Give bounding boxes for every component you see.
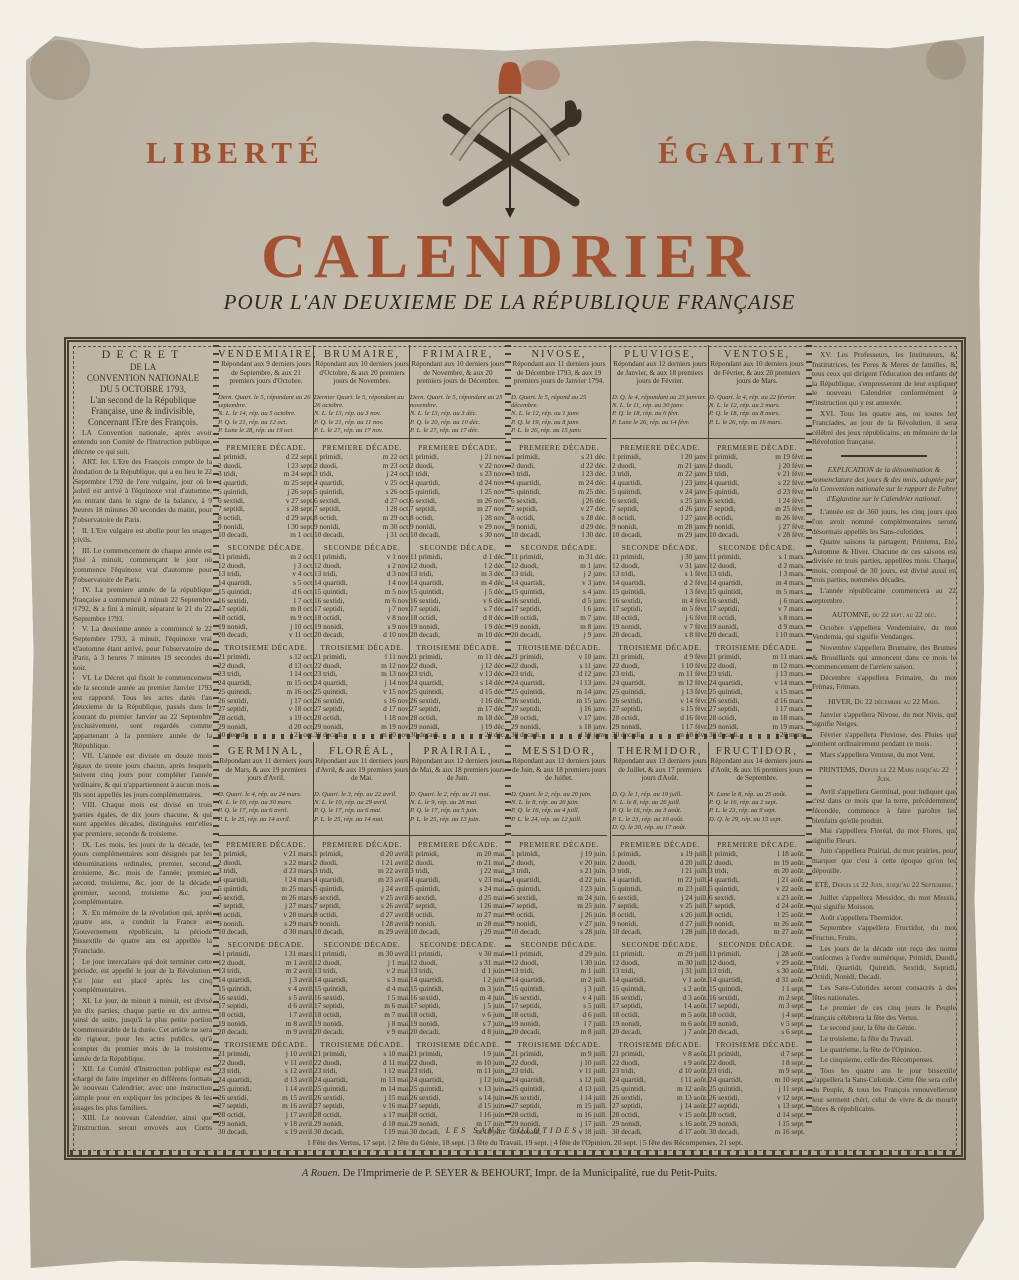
season-paragraph: Le premier de ces cinq jours le Peuple f… xyxy=(812,1003,956,1022)
month-ventose: VENTOSE,Répondant aux 10 derniers jours … xyxy=(709,347,805,740)
republican-day: 10 decadi, xyxy=(612,531,642,540)
decree-article: Le jour intercalaire qui doit terminer c… xyxy=(74,957,212,995)
decade-label: PREMIERE DÉCADE. xyxy=(511,840,607,849)
day-row: 10 decadi,j 29 mai. xyxy=(410,928,506,937)
day-row: 20 decadi,s 8 févr. xyxy=(612,631,708,640)
moon-phase: P. Q. le 16, rép. au 2 sept. xyxy=(709,799,805,807)
republican-day: 20 decadi, xyxy=(511,1028,541,1037)
gregorian-date: m 18 févr. xyxy=(678,731,708,740)
season-heading: PRINTEMS, Depuis le 22 Mars jusqu'au 22 … xyxy=(812,765,956,784)
day-row: 10 decadi,v 28 févr. xyxy=(709,531,805,540)
decade-label: TROISIEME DÉCADE. xyxy=(314,643,410,652)
season-heading: AUTOMNE, du 22 sept. au 22 déc. xyxy=(812,610,956,620)
season-paragraph: Septembre s'appellera Fructidor, du mot … xyxy=(812,923,956,942)
moon-phase: D. Quart. le 5, répond au 25 décembre. xyxy=(511,394,607,410)
moon-phase: P. L. le 24, rép. au 12 juill. xyxy=(511,816,607,824)
season-paragraph: Les jours de la décade ont reçu des noms… xyxy=(812,944,956,982)
explanation-column: XV. Les Professeurs, les Instituteurs, &… xyxy=(812,350,956,1130)
season-paragraph: Avril s'appellera Germinal, pour indique… xyxy=(812,787,956,825)
month-correspondence: Répondant aux 11 derniers jours de Décem… xyxy=(511,360,607,394)
gregorian-date: j 20 mars. xyxy=(776,731,805,740)
gregorian-date: m 1 oct. xyxy=(290,531,314,540)
decade-label: TROISIEME DÉCADE. xyxy=(410,1040,506,1049)
decree-subheading: DE LA xyxy=(74,362,212,373)
gregorian-date: d 10 nov. xyxy=(383,631,410,640)
republican-day: 20 decadi, xyxy=(218,631,248,640)
moon-phases: D. Quart. le 2, rép. au 21 mai.N. L. le … xyxy=(410,791,506,836)
month-thermidor: THERMIDOR,Répondant aux 13 derniers jour… xyxy=(612,744,708,1137)
column-rule xyxy=(610,345,611,730)
decade-label: PREMIERE DÉCADE. xyxy=(314,443,410,452)
chain-divider xyxy=(806,345,812,1125)
moon-phase: D. Quart. le 4, rép. au 24 mars. xyxy=(218,791,314,799)
decade-label: SECONDE DÉCADE. xyxy=(612,543,708,552)
moon-phase: P. Q. le 19, rép. au 8 janv. xyxy=(511,419,607,427)
decade-label: SECONDE DÉCADE. xyxy=(410,543,506,552)
moon-phase: D. Quart. le 2, rép. au 21 mai. xyxy=(410,791,506,799)
moon-phase: N. L. le 8, rép. au 26 juill. xyxy=(612,799,708,807)
month-correspondence: Répondant aux 11 derniers jours d'Avril,… xyxy=(314,757,410,791)
day-row: 30 decadi,v 20 déc. xyxy=(410,731,506,740)
decree-article: ART. Ier. L'Ere des François compte de l… xyxy=(74,457,212,524)
season-paragraph: Décembre s'appellera Frimaire, du mot Fr… xyxy=(812,673,956,692)
decree-article: V. La deuxieme année a commencé le 22 Se… xyxy=(74,624,212,672)
republican-day: 30 decadi, xyxy=(709,731,739,740)
decade-label: PREMIERE DÉCADE. xyxy=(709,443,805,452)
day-row: 20 decadi,m 10 déc. xyxy=(410,631,506,640)
moon-phase: D. Q. le 4, répondant au 23 janvier. xyxy=(612,394,708,402)
day-row: 10 decadi,m 27 août. xyxy=(709,928,805,937)
moon-phases: D. Quart. le 5, répond au 25 décembre.N.… xyxy=(511,394,607,439)
moon-phase: P. L. le 27, rép. au 17 nov. xyxy=(314,427,410,435)
season-paragraph: Le cinquieme, celle des Récompenses. xyxy=(812,1055,956,1065)
season-paragraph: Mars s'appellera Ventose, du mot Vent. xyxy=(812,750,956,760)
month-fructidor: FRUCTIDOR,Répondant aux 14 derniers jour… xyxy=(709,744,805,1137)
season-paragraph: Octobre s'appellera Vendemiaire, du mot … xyxy=(812,623,956,642)
moon-phases: Dern. Quart. le 5, répondant au 26 septe… xyxy=(218,394,314,439)
decade-label: PREMIERE DÉCADE. xyxy=(218,840,314,849)
day-row: 10 decadi,l 28 juill. xyxy=(612,928,708,937)
imprint-text: De l'Imprimerie de P. SEYER & BEHOURT, I… xyxy=(343,1168,717,1179)
gregorian-date: l 30 déc. xyxy=(582,531,607,540)
explanation-paragraph: L'année est de 360 jours, les cinq jours… xyxy=(812,507,956,536)
season-paragraph: Janvier s'appellera Nivose, du mot Nivis… xyxy=(812,710,956,729)
day-row: 10 decadi,j 31 oct. xyxy=(314,531,410,540)
decree-article: III. Le commencement de chaque année est… xyxy=(74,546,212,584)
moon-phase: P. Lune le 26, rép. au 14 févr. xyxy=(612,419,708,427)
moon-phase: P. Q. le 18, rép. au 6 févr. xyxy=(612,410,708,418)
season-paragraph: Le troisieme, la fête du Travail. xyxy=(812,1034,956,1044)
decade-label: PREMIERE DÉCADE. xyxy=(511,443,607,452)
decree-article: LA Convention nationale, après avoir ent… xyxy=(74,428,212,457)
moon-phase: N. L. le 10, rép. au 29 avril. xyxy=(314,799,410,807)
moon-phase: P. L. le 26, rép. au 16 mars. xyxy=(709,419,805,427)
decade-label: SECONDE DÉCADE. xyxy=(218,940,314,949)
moon-phases: D. Quart. le 4, rép. au 22 février.N. L.… xyxy=(709,394,805,439)
season-heading: HIVER, Du 22 décembre au 22 Mars. xyxy=(812,697,956,707)
decade-label: TROISIEME DÉCADE. xyxy=(709,643,805,652)
gregorian-date: m 29 janv. xyxy=(677,531,708,540)
day-row: 10 decadi,m 29 avril. xyxy=(314,928,410,937)
moon-phase: P. L. le 23, rép. au 10 août. xyxy=(612,816,708,824)
moon-phase: P. Q. le 21, rép. au 12 oct. xyxy=(218,419,314,427)
republican-day: 20 decadi, xyxy=(314,631,344,640)
day-row: 10 decadi,s 30 nov. xyxy=(410,531,506,540)
stain xyxy=(926,40,966,80)
page-subtitle: POUR L'AN DEUXIEME DE LA RÉPUBLIQUE FRAN… xyxy=(0,290,1019,315)
moon-phase: P. L. le 25, rép. au 14 avril. xyxy=(218,816,314,824)
decree-heading: DÉCRET xyxy=(74,350,212,360)
decade-label: SECONDE DÉCADE. xyxy=(709,940,805,949)
republican-day: 10 decadi, xyxy=(314,928,344,937)
gregorian-date: s 30 nov. xyxy=(480,531,506,540)
decree-article: XV. Les Professeurs, les Instituteurs, &… xyxy=(812,350,956,408)
gregorian-date: m 10 déc. xyxy=(477,631,506,640)
decade-label: PREMIERE DÉCADE. xyxy=(612,840,708,849)
column-rule xyxy=(610,742,611,1120)
decree-column: DÉCRET DE LACONVENTION NATIONALEDU 5 OCT… xyxy=(74,350,212,1130)
gregorian-date: j 31 oct. xyxy=(386,531,410,540)
month-correspondence: Répondant aux 12 derniers jours de Mai, … xyxy=(410,757,506,791)
day-row: 20 decadi,m 8 juill. xyxy=(511,1028,607,1037)
moon-phases: D. Quart. le 2, rép. au 20 juin.N. L. le… xyxy=(511,791,607,836)
moon-phase: D. Q. le 29, rép. au 15 sept. xyxy=(709,816,805,824)
gregorian-date: s 28 juin. xyxy=(580,928,607,937)
republican-day: 20 decadi, xyxy=(612,631,642,640)
moon-phases: Dern. Quart. le 5, répondant au 25 novem… xyxy=(410,394,506,439)
decade-label: TROISIEME DÉCADE. xyxy=(709,1040,805,1049)
day-row: 30 decadi,j 20 mars. xyxy=(709,731,805,740)
day-row: 20 decadi,d 8 juin. xyxy=(410,1028,506,1037)
republican-day: 30 decadi, xyxy=(410,731,440,740)
republican-day: 10 decadi, xyxy=(612,928,642,937)
day-row: 10 decadi,m 29 janv. xyxy=(612,531,708,540)
season-paragraph: Février s'appellera Pluviose, des Pluies… xyxy=(812,730,956,749)
moon-phase: P. Q. le 17, rép. au 6 mai. xyxy=(314,807,410,815)
month-prairial: PRAIRIAL,Répondant aux 12 derniers jours… xyxy=(410,744,506,1137)
month-name: FRIMAIRE, xyxy=(410,349,506,360)
decade-label: SECONDE DÉCADE. xyxy=(511,940,607,949)
republican-day: 10 decadi, xyxy=(511,531,541,540)
day-row: 20 decadi,j 9 janv. xyxy=(511,631,607,640)
decree-article: II. L'Ere vulgaire est abolie pour les u… xyxy=(74,526,212,545)
gregorian-date: v 11 oct. xyxy=(289,631,314,640)
decade-label: PREMIERE DÉCADE. xyxy=(218,443,314,452)
republican-day: 10 decadi, xyxy=(410,531,440,540)
month-nivose: NIVOSE,Répondant aux 11 derniers jours d… xyxy=(511,347,607,740)
republican-day: 30 decadi, xyxy=(511,731,541,740)
decade-label: SECONDE DÉCADE. xyxy=(709,543,805,552)
decree-article: XIII. Le nouveau Calendrier, ainsi que l… xyxy=(74,1113,212,1130)
explication-title: EXPLICATION de la dénomination & nomencl… xyxy=(812,465,956,503)
month-name: THERMIDOR, xyxy=(612,746,708,757)
republican-day: 30 decadi, xyxy=(612,731,642,740)
explanation-paragraph: Quatre saisons la partagent; Printems, E… xyxy=(812,537,956,585)
stain xyxy=(30,40,90,100)
decree-article: VI. Le Décret qui fixoit le commencement… xyxy=(74,673,212,750)
decade-label: TROISIEME DÉCADE. xyxy=(218,1040,314,1049)
season-heading: ETÉ, Depuis le 22 Juin, jusqu'au 22 Sept… xyxy=(812,880,956,890)
gregorian-date: d 19 janv. xyxy=(578,731,607,740)
moon-phase: P. Q. le 16, rép. au 4 juill. xyxy=(511,807,607,815)
decree-subheading: DU 5 OCTOBRE 1793, xyxy=(74,384,212,395)
moon-phase: P. Q. le 18, rép. au 8 mars. xyxy=(709,410,805,418)
gregorian-date: j 29 mai. xyxy=(480,928,506,937)
month-name: PLUVIOSE, xyxy=(612,349,708,360)
season-paragraph: Juin s'appellera Prairial, du mot prairi… xyxy=(812,846,956,875)
decree-subheading: CONVENTION NATIONALE xyxy=(74,373,212,384)
republican-day: 10 decadi, xyxy=(314,531,344,540)
republican-day: 20 decadi, xyxy=(709,631,739,640)
sans-culotides-title: LES SANS-CULOTIDES. xyxy=(230,1126,800,1135)
moon-phase: N. L. le 13, rép. au 3 nov. xyxy=(314,410,410,418)
republican-day: 20 decadi, xyxy=(612,1028,642,1037)
month-name: BRUMAIRE, xyxy=(314,349,410,360)
decree-article: XI. Le jour, de minuit à minuit, est div… xyxy=(74,996,212,1063)
republican-emblem-icon xyxy=(425,62,595,222)
decade-label: TROISIEME DÉCADE. xyxy=(218,643,314,652)
moon-phase: D. Quart. le 2, rép. au 20 juin. xyxy=(511,791,607,799)
month-pluviose: PLUVIOSE,Répondant aux 12 derniers jours… xyxy=(612,347,708,740)
republican-day: 20 decadi, xyxy=(218,1028,248,1037)
moon-phase: Dernier Quart. le 5, répondant au 26 oct… xyxy=(314,394,410,410)
imprint-city: A Rouen. xyxy=(302,1168,340,1179)
day-row: 10 decadi,l 30 déc. xyxy=(511,531,607,540)
day-row: 20 decadi,j 7 août. xyxy=(612,1028,708,1037)
moon-phase: P. L. le 23, rép. au 9 sept. xyxy=(709,807,805,815)
republican-day: 20 decadi, xyxy=(314,1028,344,1037)
moon-phase: Dern. Quart. le 5, répondant au 25 novem… xyxy=(410,394,506,410)
moon-phase: N. L. le 11, rép. au 30 janv. xyxy=(612,402,708,410)
moon-phases: D. Quart. le 3, rép. au 22 avril.N. L. l… xyxy=(314,791,410,836)
gregorian-date: m 29 avril. xyxy=(378,928,410,937)
moon-phase: N. L. le 12, rép. au 1 janv. xyxy=(511,410,607,418)
page-title: CALENDRIER xyxy=(0,222,1019,293)
decade-label: SECONDE DÉCADE. xyxy=(612,940,708,949)
moon-phase: P. Q. le 16, rép. au 3 août. xyxy=(612,807,708,815)
month-germinal: GERMINAL,Répondant aux 11 derniers jours… xyxy=(218,744,314,1137)
republican-day: 20 decadi, xyxy=(511,631,541,640)
republican-day: 30 decadi, xyxy=(314,731,344,740)
chain-border-bottom xyxy=(70,1150,960,1155)
moon-phases: Dernier Quart. le 5, répondant au 26 oct… xyxy=(314,394,410,439)
month-correspondence: Répondant aux 12 derniers jours de Janvi… xyxy=(612,360,708,394)
day-row: 10 decadi,m 1 oct. xyxy=(218,531,314,540)
day-row: 20 decadi,v 9 mai. xyxy=(314,1028,410,1037)
decree-article: IV. La premiere année de la république f… xyxy=(74,585,212,623)
decade-label: PREMIERE DÉCADE. xyxy=(612,443,708,452)
moon-phase: D. Quart. le 3, rép. au 22 avril. xyxy=(314,791,410,799)
decree-article: XII. Le Comité d'Instruction publique es… xyxy=(74,1064,212,1112)
moon-phase: N. Lune le 8, rép. au 25 août. xyxy=(709,791,805,799)
decree-article: VIII. Chaque mois est divisé en trois pa… xyxy=(74,800,212,838)
day-row: 30 decadi,m 20 nov. xyxy=(314,731,410,740)
gregorian-date: j 9 janv. xyxy=(584,631,607,640)
moon-phase: Dern. Quart. le 5, répondant au 26 septe… xyxy=(218,394,314,410)
decree-article: VII. L'année est divisée en douze mois é… xyxy=(74,751,212,799)
moon-phase: P. L. le 25, rép. au 14 mai. xyxy=(314,816,410,824)
republican-day: 10 decadi, xyxy=(511,928,541,937)
month-correspondence: Répondant aux 10 derniers jours de Févri… xyxy=(709,360,805,394)
moon-phases: D. Q. le 4, répondant au 23 janvier.N. L… xyxy=(612,394,708,439)
month-brumaire: BRUMAIRE,Répondant aux 10 derniers jours… xyxy=(314,347,410,740)
decade-label: TROISIEME DÉCADE. xyxy=(612,1040,708,1049)
moon-phases: N. Lune le 8, rép. au 25 août.P. Q. le 1… xyxy=(709,791,805,836)
month-correspondence: Répondant aux 10 derniers jours d'Octobr… xyxy=(314,360,410,394)
moon-phase: N. L. le 9, rép. au 28 mai. xyxy=(410,799,506,807)
month-name: NIVOSE, xyxy=(511,349,607,360)
gregorian-date: s 8 févr. xyxy=(685,631,708,640)
decade-label: TROISIEME DÉCADE. xyxy=(410,643,506,652)
decree-article: XVI. Tous les quatre ans, ou toutes les … xyxy=(812,409,956,447)
month-vendemiaire: VENDEMIAIRE,Répondant aux 9 derniers jou… xyxy=(218,347,314,740)
month-correspondence: Répondant aux 13 derniers jours de Juill… xyxy=(612,757,708,791)
day-row: 20 decadi,d 10 nov. xyxy=(314,631,410,640)
month-correspondence: Répondant aux 9 derniers jours de Septem… xyxy=(218,360,314,394)
gregorian-date: l 10 mars. xyxy=(776,631,805,640)
gregorian-date: l 21 oct. xyxy=(290,731,314,740)
gregorian-date: d 8 juin. xyxy=(482,1028,506,1037)
day-row: 30 decadi,m 18 févr. xyxy=(612,731,708,740)
decree-article: X. En mémoire de la révolution qui, aprè… xyxy=(74,908,212,956)
republican-day: 10 decadi, xyxy=(218,928,248,937)
moon-phase: P. Q. le 17, rép. au 5 juin. xyxy=(410,807,506,815)
month-name: FLORÉAL, xyxy=(314,746,410,757)
sans-culotides-fetes: 1 Fête des Vertus, 17 sept. | 2 fête du … xyxy=(215,1138,835,1147)
republican-day: 10 decadi, xyxy=(709,928,739,937)
day-row: 20 decadi,s 6 sept. xyxy=(709,1028,805,1037)
moon-phase: N. L. le 14, rép. au 5 octobre. xyxy=(218,410,314,418)
decade-label: SECONDE DÉCADE. xyxy=(410,940,506,949)
moon-phase: D. Q. le 30, rép. au 17 août. xyxy=(612,824,708,832)
decade-label: TROISIEME DÉCADE. xyxy=(511,643,607,652)
motto-liberte: LIBERTÉ xyxy=(146,135,325,171)
republican-day: 20 decadi, xyxy=(410,1028,440,1037)
moon-phase: N. L. le 13, rép. au 3 déc. xyxy=(410,410,506,418)
season-paragraph: Tous les quatre ans le jour bissextile s… xyxy=(812,1066,956,1114)
decade-label: PREMIERE DÉCADE. xyxy=(314,840,410,849)
gregorian-date: v 20 déc. xyxy=(479,731,506,740)
gregorian-date: s 6 sept. xyxy=(781,1028,805,1037)
gregorian-date: l 28 juill. xyxy=(681,928,708,937)
republican-day: 10 decadi, xyxy=(410,928,440,937)
season-paragraph: Novembre s'appellera Brumaire, des Brume… xyxy=(812,643,956,672)
gregorian-date: v 9 mai. xyxy=(386,1028,410,1037)
season-paragraph: Août s'appellera Thermidor. xyxy=(812,913,956,923)
month-name: PRAIRIAL, xyxy=(410,746,506,757)
season-paragraph: Les Sans-Culotides seront consacrés à de… xyxy=(812,983,956,1002)
decade-label: SECONDE DÉCADE. xyxy=(314,940,410,949)
gregorian-date: d 30 mars. xyxy=(283,928,314,937)
moon-phase: P. Q. le 17, rép. au 6 avril. xyxy=(218,807,314,815)
day-row: 10 decadi,d 30 mars. xyxy=(218,928,314,937)
gregorian-date: m 27 août. xyxy=(774,928,805,937)
moon-phase: P. Q. le 21, rép. au 11 nov. xyxy=(314,419,410,427)
day-row: 20 decadi,m 9 avril. xyxy=(218,1028,314,1037)
month-floréal: FLORÉAL,Répondant aux 11 derniers jours … xyxy=(314,744,410,1137)
season-paragraph: Le quatrieme, la fête de l'Opinion. xyxy=(812,1045,956,1055)
day-row: 20 decadi,v 11 oct. xyxy=(218,631,314,640)
month-name: MESSIDOR, xyxy=(511,746,607,757)
republican-day: 10 decadi, xyxy=(709,531,739,540)
moon-phase: N. L. le 8, rép. au 26 juin. xyxy=(511,799,607,807)
gregorian-date: m 20 nov. xyxy=(381,731,410,740)
decade-label: SECONDE DÉCADE. xyxy=(218,543,314,552)
moon-phase: P. L. le 26, rép. au 15 janv. xyxy=(511,427,607,435)
day-row: 10 decadi,s 28 juin. xyxy=(511,928,607,937)
explanation-paragraph: L'année républicaine commencera au 22 se… xyxy=(812,586,956,605)
decade-label: SECONDE DÉCADE. xyxy=(314,543,410,552)
printer-imprint: A Rouen. De l'Imprimerie de P. SEYER & B… xyxy=(0,1168,1019,1179)
republican-day: 20 decadi, xyxy=(410,631,440,640)
month-name: FRUCTIDOR, xyxy=(709,746,805,757)
moon-phase: N. L. le 10, rép. au 30 mars. xyxy=(218,799,314,807)
month-name: GERMINAL, xyxy=(218,746,314,757)
republican-day: 30 decadi, xyxy=(218,731,248,740)
decree-subheading: L'an second de la République Française, … xyxy=(74,395,212,417)
month-correspondence: Répondant aux 12 derniers jours de Juin,… xyxy=(511,757,607,791)
day-row: 20 decadi,l 10 mars. xyxy=(709,631,805,640)
republican-day: 20 decadi, xyxy=(709,1028,739,1037)
decade-label: TROISIEME DÉCADE. xyxy=(511,1040,607,1049)
decree-subheading: Concernant l'Ere des François. xyxy=(74,417,212,428)
decree-article: IX. Les mois, les jours de la décade, le… xyxy=(74,840,212,907)
moon-phase: P. L. le 25, rép. au 13 juin. xyxy=(410,816,506,824)
month-name: VENTOSE, xyxy=(709,349,805,360)
moon-phase: D. Q. le 1, rép. au 19 juill. xyxy=(612,791,708,799)
month-messidor: MESSIDOR,Répondant aux 12 derniers jours… xyxy=(511,744,607,1137)
decade-label: TROISIEME DÉCADE. xyxy=(314,1040,410,1049)
day-row: 30 decadi,l 21 oct. xyxy=(218,731,314,740)
decade-label: PREMIERE DÉCADE. xyxy=(410,443,506,452)
moon-phase: P. L. le 27, rép. au 17 déc. xyxy=(410,427,506,435)
month-correspondence: Répondant aux 14 derniers jours d'Août, … xyxy=(709,757,805,791)
decade-label: SECONDE DÉCADE. xyxy=(511,543,607,552)
moon-phase: P. Q. le 20, rép. au 10 déc. xyxy=(410,419,506,427)
gregorian-date: j 7 août. xyxy=(684,1028,708,1037)
season-paragraph: Mai s'appellera Floréal, du mot Flores, … xyxy=(812,826,956,845)
decade-label: TROISIEME DÉCADE. xyxy=(612,643,708,652)
month-name: VENDEMIAIRE, xyxy=(218,349,314,360)
gregorian-date: m 8 juill. xyxy=(580,1028,607,1037)
decade-label: PREMIERE DÉCADE. xyxy=(709,840,805,849)
moon-phases: D. Q. le 1, rép. au 19 juill.N. L. le 8,… xyxy=(612,791,708,836)
moon-phase: N. L. le 12, rép. au 2 mars. xyxy=(709,402,805,410)
ornament-divider xyxy=(841,455,927,457)
moon-phase: D. Quart. le 4, rép. au 22 février. xyxy=(709,394,805,402)
moon-phases: D. Quart. le 4, rép. au 24 mars.N. L. le… xyxy=(218,791,314,836)
season-paragraph: Le second jour, la fête du Génie. xyxy=(812,1023,956,1033)
moon-phase: P. Lune le 28, rép. au 19 oct. xyxy=(218,427,314,435)
month-frimaire: FRIMAIRE,Répondant aux 10 derniers jours… xyxy=(410,347,506,740)
decade-label: PREMIERE DÉCADE. xyxy=(410,840,506,849)
month-correspondence: Répondant aux 10 derniers jours de Novem… xyxy=(410,360,506,394)
gregorian-date: v 28 févr. xyxy=(777,531,805,540)
gregorian-date: m 9 avril. xyxy=(286,1028,314,1037)
motto-egalite: ÉGALITÉ xyxy=(658,135,841,171)
day-row: 30 decadi,d 19 janv. xyxy=(511,731,607,740)
republican-day: 10 decadi, xyxy=(218,531,248,540)
month-correspondence: Répondant aux 11 derniers jours de Mars,… xyxy=(218,757,314,791)
season-paragraph: Juillet s'appellera Messidor, du mot Mes… xyxy=(812,893,956,912)
